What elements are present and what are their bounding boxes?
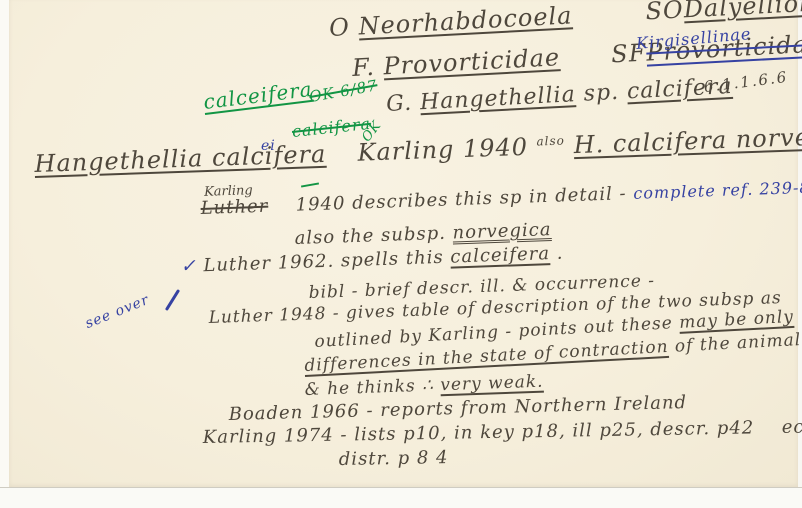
karling74-right: ecology pp26 — [782, 415, 802, 438]
title-also: also — [536, 133, 565, 148]
blue-mark — [165, 289, 180, 311]
subsp-pre: also the subsp. — [294, 223, 446, 249]
thinks-pre: & he thinks ∴ — [304, 375, 434, 400]
order-name: Neorhabdocoela — [358, 1, 573, 40]
green-mark — [301, 182, 319, 187]
luther62-pre: Luther 1962. spells this — [203, 247, 444, 276]
title-synonym: H. calcifera norvegica — [573, 121, 802, 159]
green-alt-spelling: calceifera — [202, 77, 314, 114]
describes-line: KarlingLuther 1940 describes this sp in … — [200, 177, 802, 219]
family-name: Provorticidae — [383, 43, 561, 80]
see-over-note: see over — [83, 292, 152, 332]
species-name: calcifera — [626, 74, 733, 104]
distr-line: distr. p 8 4 — [339, 447, 449, 470]
luther62-line: ✓ Luther 1962. spells this calceifera . — [180, 243, 564, 277]
suborder-prefix: SO — [645, 0, 685, 25]
subsp-name: norvegica — [452, 219, 552, 243]
scan-edge-left — [0, 0, 9, 508]
correction-above: Karling — [204, 183, 253, 200]
suborder-name: Dalyellioidea — [683, 0, 802, 23]
green-ok-dated: OK 6/87 — [308, 76, 379, 106]
genus-line: G. Hangethellia sp. calcifera — [386, 74, 733, 117]
luther62-end: . — [556, 243, 563, 264]
order-prefix: O — [329, 13, 351, 42]
luther62-word: calceifera — [450, 243, 550, 267]
genus-prefix: G. — [386, 91, 413, 117]
title-binomial: Hangethellia calcifera — [34, 140, 327, 178]
title-authority: Karling 1940 — [357, 133, 528, 167]
title-line: Hangethellia calcifera Karling 1940 also… — [34, 121, 802, 178]
sp-abbrev: sp. — [583, 80, 620, 107]
thinks-underlined: very weak. — [440, 372, 544, 396]
name-correction-stack: KarlingLuther — [200, 196, 268, 219]
blue-ref: complete ref. 239-8 — [633, 178, 802, 203]
scan-edge-bottom — [0, 487, 802, 508]
genus-name: Hangethellia — [419, 82, 576, 115]
spacer — [569, 63, 603, 65]
blue-checkmark: ✓ — [180, 255, 197, 277]
describes-text: 1940 describes this sp in detail - — [295, 183, 627, 216]
differences-rest: of the animal — [674, 330, 801, 357]
index-card: O Neorhabdocoela SODalyellioidea F. Prov… — [9, 0, 798, 488]
spacer — [581, 20, 637, 23]
